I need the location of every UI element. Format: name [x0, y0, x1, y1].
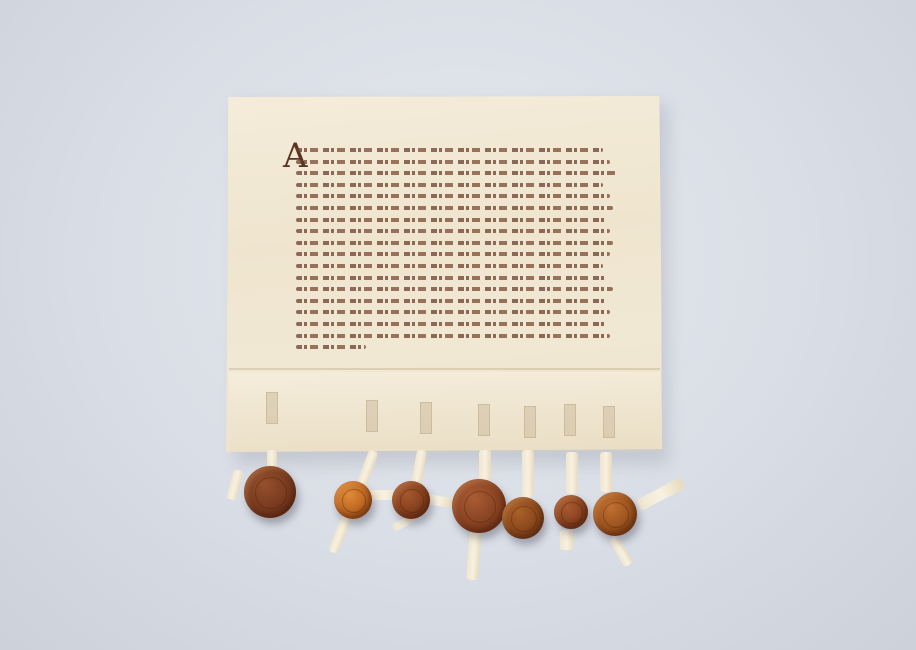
wax-seal — [554, 495, 588, 529]
seal-slit — [603, 406, 615, 438]
seal-tag — [636, 477, 686, 511]
seal-tag — [466, 530, 481, 581]
manuscript-text — [296, 148, 616, 357]
seal-tag — [566, 452, 578, 494]
seal-tag — [609, 535, 634, 568]
seal-tag — [522, 450, 534, 498]
wax-seal — [392, 481, 430, 519]
seal-slit — [564, 404, 576, 436]
wax-seal — [502, 497, 544, 539]
wax-seal — [452, 479, 506, 533]
seal-slit — [266, 392, 278, 424]
wax-seal — [334, 481, 372, 519]
wax-seal — [244, 466, 296, 518]
seal-tag — [479, 450, 491, 480]
seal-tag — [600, 452, 612, 492]
photograph: A — [0, 0, 916, 650]
seal-tag — [560, 530, 574, 550]
plica-fold — [229, 372, 660, 452]
seal-slit — [366, 400, 378, 432]
wax-seal — [593, 492, 637, 536]
fold-line — [229, 368, 660, 370]
seal-slit — [420, 402, 432, 434]
seal-slit — [478, 404, 490, 436]
seal-slit — [524, 406, 536, 438]
seal-tag — [226, 469, 243, 501]
